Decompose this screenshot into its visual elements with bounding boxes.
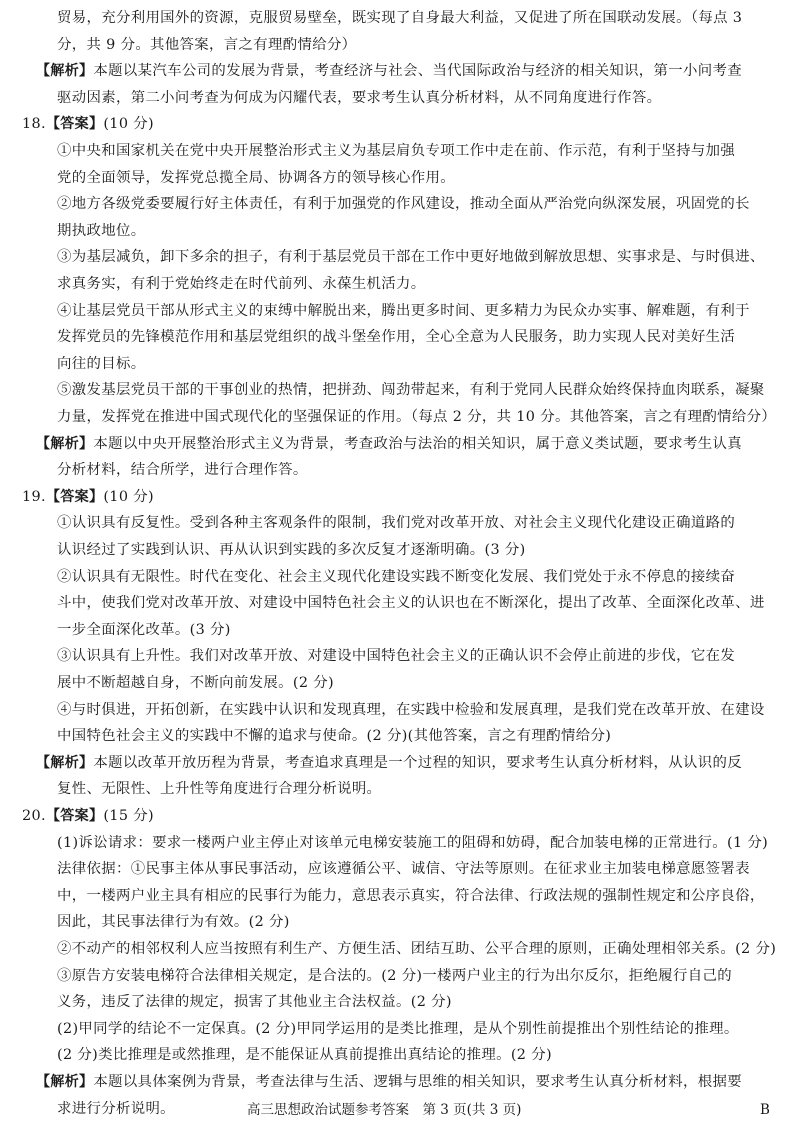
q19-answer-line: 一步全面深化改革。(3 分)	[57, 620, 757, 640]
q19-answer-line: ①认识具有反复性。受到各种主客观条件的限制，我们党对改革开放、对社会主义现代化建…	[57, 513, 757, 533]
analysis-text: 本题以具体案例为背景，考查法律与生活、逻辑与思维的相关知识，要求考生认真分析材料…	[93, 1074, 742, 1090]
question-score: (10 分)	[103, 116, 154, 132]
answer-tag: 【答案】	[46, 489, 103, 505]
q17-analysis-line: 驱动因素，第二小问考查为何成为闪耀代表，要求考生认真分析材料，从不同角度进行作答…	[57, 88, 757, 108]
q19-answer-line: ④与时俱进，开拓创新，在实践中认识和发现真理，在实践中检验和发展真理，是我们党在…	[57, 700, 757, 720]
analysis-text: 本题以改革开放历程为背景，考查追求真理是一个过程的知识，要求考生认真分析材料，从…	[93, 755, 742, 771]
q18-heading: 18.【答案】(10 分)	[22, 114, 722, 134]
analysis-tag: 【解析】	[36, 436, 93, 452]
q17-answer-line: 贸易，充分利用国外的资源，克服贸易壁垒，既实现了自身最大利益，又促进了所在国联动…	[57, 8, 757, 28]
q20-answer-line: (2)甲同学的结论不一定保真。(2 分)甲同学运用的是类比推理，是从个别性前提推…	[57, 1019, 757, 1039]
footer-title: 高三思想政治试题参考答案 第 3 页(共 3 页)	[247, 1101, 521, 1119]
question-score: (15 分)	[103, 808, 154, 824]
q18-answer-line: ④让基层党员干部从形式主义的束缚中解脱出来，腾出更多时间、更多精力为民众办实事、…	[57, 301, 757, 321]
answer-tag: 【答案】	[46, 116, 103, 132]
question-score: (10 分)	[103, 489, 154, 505]
q18-analysis: 【解析】本题以中央开展整治形式主义为背景，考查政治与法治的相关知识，属于意义类试…	[36, 434, 736, 454]
q18-answer-line: 期执政地位。	[57, 221, 757, 241]
q19-analysis: 【解析】本题以改革开放历程为背景，考查追求真理是一个过程的知识，要求考生认真分析…	[36, 753, 736, 773]
q18-answer-line: 党的全面领导，发挥党总揽全局、协调各方的领导核心作用。	[57, 168, 757, 188]
q18-answer-line: ①中央和国家机关在党中央开展整治形式主义为基层肩负专项工作中走在前、作示范，有利…	[57, 141, 757, 161]
answer-tag: 【答案】	[46, 808, 103, 824]
q20-answer-line: (2 分)类比推理是或然推理，是不能保证从真前提推出真结论的推理。(2 分)	[57, 1045, 757, 1065]
q20-answer-line: ②不动产的相邻权利人应当按照有利生产、方便生活、团结互助、公平合理的原则，正确处…	[57, 939, 757, 959]
q18-answer-line: 求真务实，有利于党始终走在时代前列、永葆生机活力。	[57, 274, 757, 294]
q19-answer-line: 斗中，使我们党对改革开放、对建设中国特色社会主义的认识也在不断深化，提出了改革、…	[57, 593, 757, 613]
q18-answer-line: 向往的目标。	[57, 354, 757, 374]
analysis-tag: 【解析】	[36, 755, 93, 771]
q18-analysis-line: 分析材料，结合所学，进行合理作答。	[57, 460, 757, 480]
q20-analysis: 【解析】本题以具体案例为背景，考查法律与生活、逻辑与思维的相关知识，要求考生认真…	[36, 1072, 736, 1092]
q17-analysis: 【解析】本题以某汽车公司的发展为背景，考查经济与社会、当代国际政治与经济的相关知…	[36, 61, 736, 81]
q18-answer-line: ③为基层减负，卸下多余的担子，有利于基层党员干部在工作中更好地做到解放思想、实事…	[57, 247, 757, 267]
q19-answer-line: 中国特色社会主义的实践中不懈的追求与使命。(2 分)(其他答案，言之有理酌情给分…	[57, 726, 757, 746]
q20-answer-line: ③原告方安装电梯符合法律相关规定，是合法的。(2 分)一楼两户业主的行为出尔反尔…	[57, 966, 757, 986]
question-number: 18.	[22, 116, 46, 132]
q18-answer-line: 发挥党员的先锋模范作用和基层党组织的战斗堡垒作用，全心全意为人民服务，助力实现人…	[57, 327, 757, 347]
q19-heading: 19.【答案】(10 分)	[22, 487, 722, 507]
analysis-tag: 【解析】	[36, 1074, 93, 1090]
q19-answer-line: 认识经过了实践到认识、再从认识到实践的多次反复才逐渐明确。(3 分)	[57, 540, 757, 560]
q18-answer-line: 力量，发挥党在推进中国式现代化的坚强保证的作用。（每点 2 分，共 10 分。其…	[57, 407, 757, 427]
q19-analysis-line: 复性、无限性、上升性等角度进行合理分析说明。	[57, 779, 757, 799]
q20-heading: 20.【答案】(15 分)	[22, 806, 722, 826]
analysis-text: 本题以某汽车公司的发展为背景，考查经济与社会、当代国际政治与经济的相关知识，第一…	[93, 63, 742, 79]
q20-answer-line: 中，一楼两户业主具有相应的民事行为能力，意思表示真实，符合法律、行政法规的强制性…	[57, 886, 757, 906]
q17-answer-line: 分，共 9 分。其他答案，言之有理酌情给分）	[57, 35, 757, 55]
q20-answer-line: 法律依据：①民事主体从事民事活动，应该遵循公平、诚信、守法等原则。在征求业主加装…	[57, 859, 757, 879]
q18-answer-line: ⑤激发基层党员干部的干事创业的热情，把拼劲、闯劲带起来，有利于党同人民群众始终保…	[57, 380, 757, 400]
q19-answer-line: ③认识具有上升性。我们对改革开放、对建设中国特色社会主义的正确认识不会停止前进的…	[57, 646, 757, 666]
q20-answer-line: 义务，违反了法律的规定，损害了其他业主合法权益。(2 分)	[57, 992, 757, 1012]
q20-answer-line: 因此，其民事法律行为有效。(2 分)	[57, 912, 757, 932]
version-code: B	[760, 1101, 770, 1119]
q20-answer-line: (1)诉讼请求：要求一楼两户业主停止对该单元电梯安装施工的阻碍和妨碍，配合加装电…	[57, 833, 757, 853]
answer-key-page: 贸易，充分利用国外的资源，克服贸易壁垒，既实现了自身最大利益，又促进了所在国联动…	[0, 0, 800, 1137]
question-number: 20.	[22, 808, 46, 824]
question-number: 19.	[22, 489, 46, 505]
analysis-tag: 【解析】	[36, 63, 93, 79]
q19-answer-line: 展中不断超越自身，不断向前发展。(2 分)	[57, 673, 757, 693]
analysis-text: 本题以中央开展整治形式主义为背景，考查政治与法治的相关知识，属于意义类试题，要求…	[93, 436, 742, 452]
q19-answer-line: ②认识具有无限性。时代在变化、社会主义现代化建设实践不断变化发展、我们党处于永不…	[57, 567, 757, 587]
q18-answer-line: ②地方各级党委要履行好主体责任，有利于加强党的作风建设，推动全面从严治党向纵深发…	[57, 194, 757, 214]
